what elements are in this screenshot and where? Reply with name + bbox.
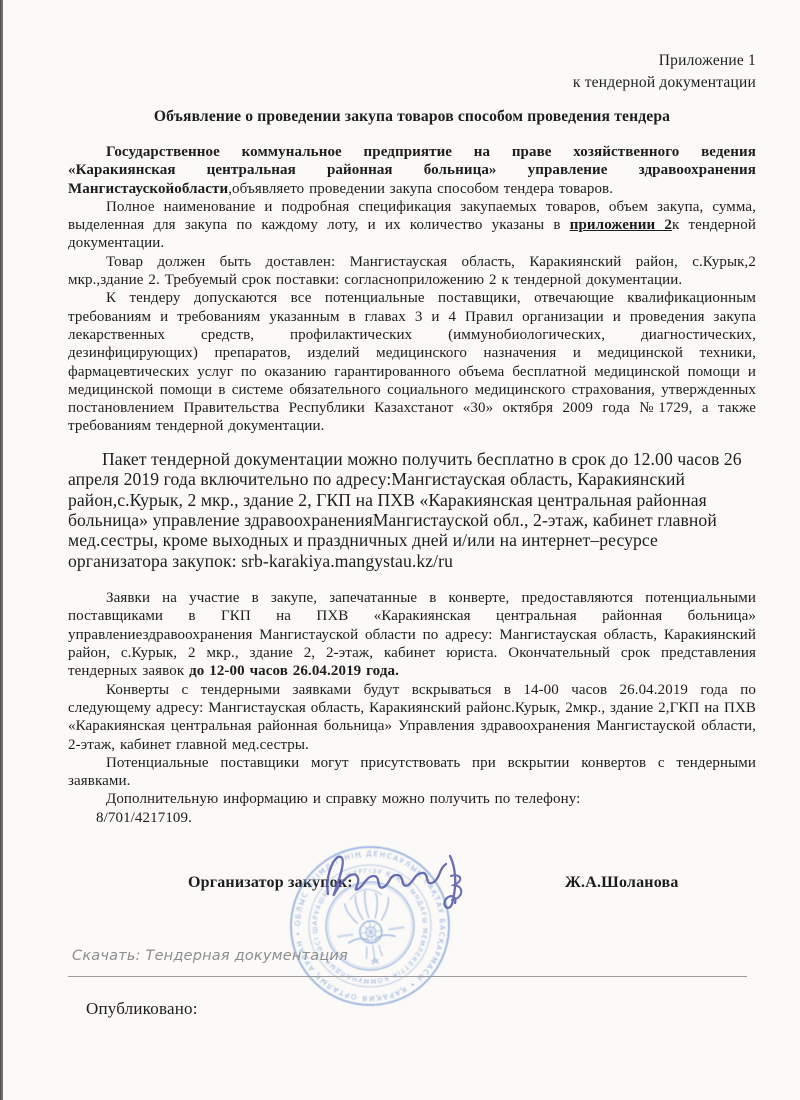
paragraph-specification: Полное наименование и подробная специфик…	[68, 198, 756, 253]
paragraph-additional-info: Дополнительную информацию и справку можн…	[68, 790, 756, 808]
published-label: Опубликовано:	[86, 999, 198, 1019]
official-stamp: • ОБЛЫС ӘКІМДІГІНІҢ ДЕНСАУЛЫҚ САҚТАУ БАС…	[273, 829, 467, 1023]
paragraph-tender-package: Пакет тендерной документации можно получ…	[68, 449, 756, 571]
scanned-tender-document: Приложение 1 к тендерной документации Об…	[0, 0, 800, 1100]
svg-text:ШАРУАШЫЛЫҚ ЖҮРГІЗУ ҚҰҚЫҒЫНДАҒЫ: ШАРУАШЫЛЫҚ ЖҮРГІЗУ ҚҰҚЫҒЫНДАҒЫ МЕМЛЕКЕТТ…	[273, 829, 437, 997]
document-content: Приложение 1 к тендерной документации Об…	[0, 0, 800, 827]
paragraph-suppliers-present: Потенциальные поставщики могут присутств…	[68, 754, 756, 791]
document-title: Объявление о проведении закупа товаров с…	[68, 108, 756, 126]
paragraph-applications: Заявки на участие в закупе, запечатанные…	[68, 589, 756, 680]
paragraph-enterprise: Государственное коммунальное предприятие…	[68, 143, 756, 198]
stamp-inner-ring-text: ШАРУАШЫЛЫҚ ЖҮРГІЗУ ҚҰҚЫҒЫНДАҒЫ МЕМЛЕКЕТТ…	[273, 829, 437, 997]
paragraph-requirements: К тендеру допускаются все потенциальные …	[68, 289, 756, 435]
separator-line	[68, 976, 747, 977]
download-tender-link[interactable]: Скачать: Тендерная документация	[72, 948, 348, 964]
phone-number: 8/701/4217109.	[68, 809, 756, 827]
appendix-2-reference: приложении 2	[570, 217, 672, 233]
enterprise-rest: ,объявляето проведении закупа способом т…	[228, 181, 613, 197]
appendix-line-1: Приложение 1	[68, 50, 756, 72]
stamp-emblem-icon: • ОБЛЫС ӘКІМДІГІНІҢ ДЕНСАУЛЫҚ САҚТАУ БАС…	[273, 829, 467, 1023]
svg-text:• ОБЛЫС ӘКІМДІГІНІҢ ДЕНСАУЛЫҚ: • ОБЛЫС ӘКІМДІГІНІҢ ДЕНСАУЛЫҚ САҚТАУ БАС…	[273, 829, 457, 1015]
organizer-name: Ж.А.Шоланова	[565, 874, 679, 892]
stamp-outer-ring-text: • ОБЛЫС ӘКІМДІГІНІҢ ДЕНСАУЛЫҚ САҚТАУ БАС…	[273, 829, 457, 1015]
applications-pre: Заявки на участие в закупе, запечатанные…	[68, 590, 756, 679]
deadline-bold: до 12-00 часов 26.04.2019 года.	[189, 663, 399, 679]
paragraph-envelopes: Конверты с тендерными заявками будут вск…	[68, 681, 756, 754]
paragraph-delivery: Товар должен быть доставлен: Мангистауск…	[68, 253, 756, 290]
appendix-line-2: к тендерной документации	[68, 72, 756, 94]
appendix-block: Приложение 1 к тендерной документации	[68, 50, 756, 94]
organizer-label: Организатор закупок:	[188, 874, 353, 892]
